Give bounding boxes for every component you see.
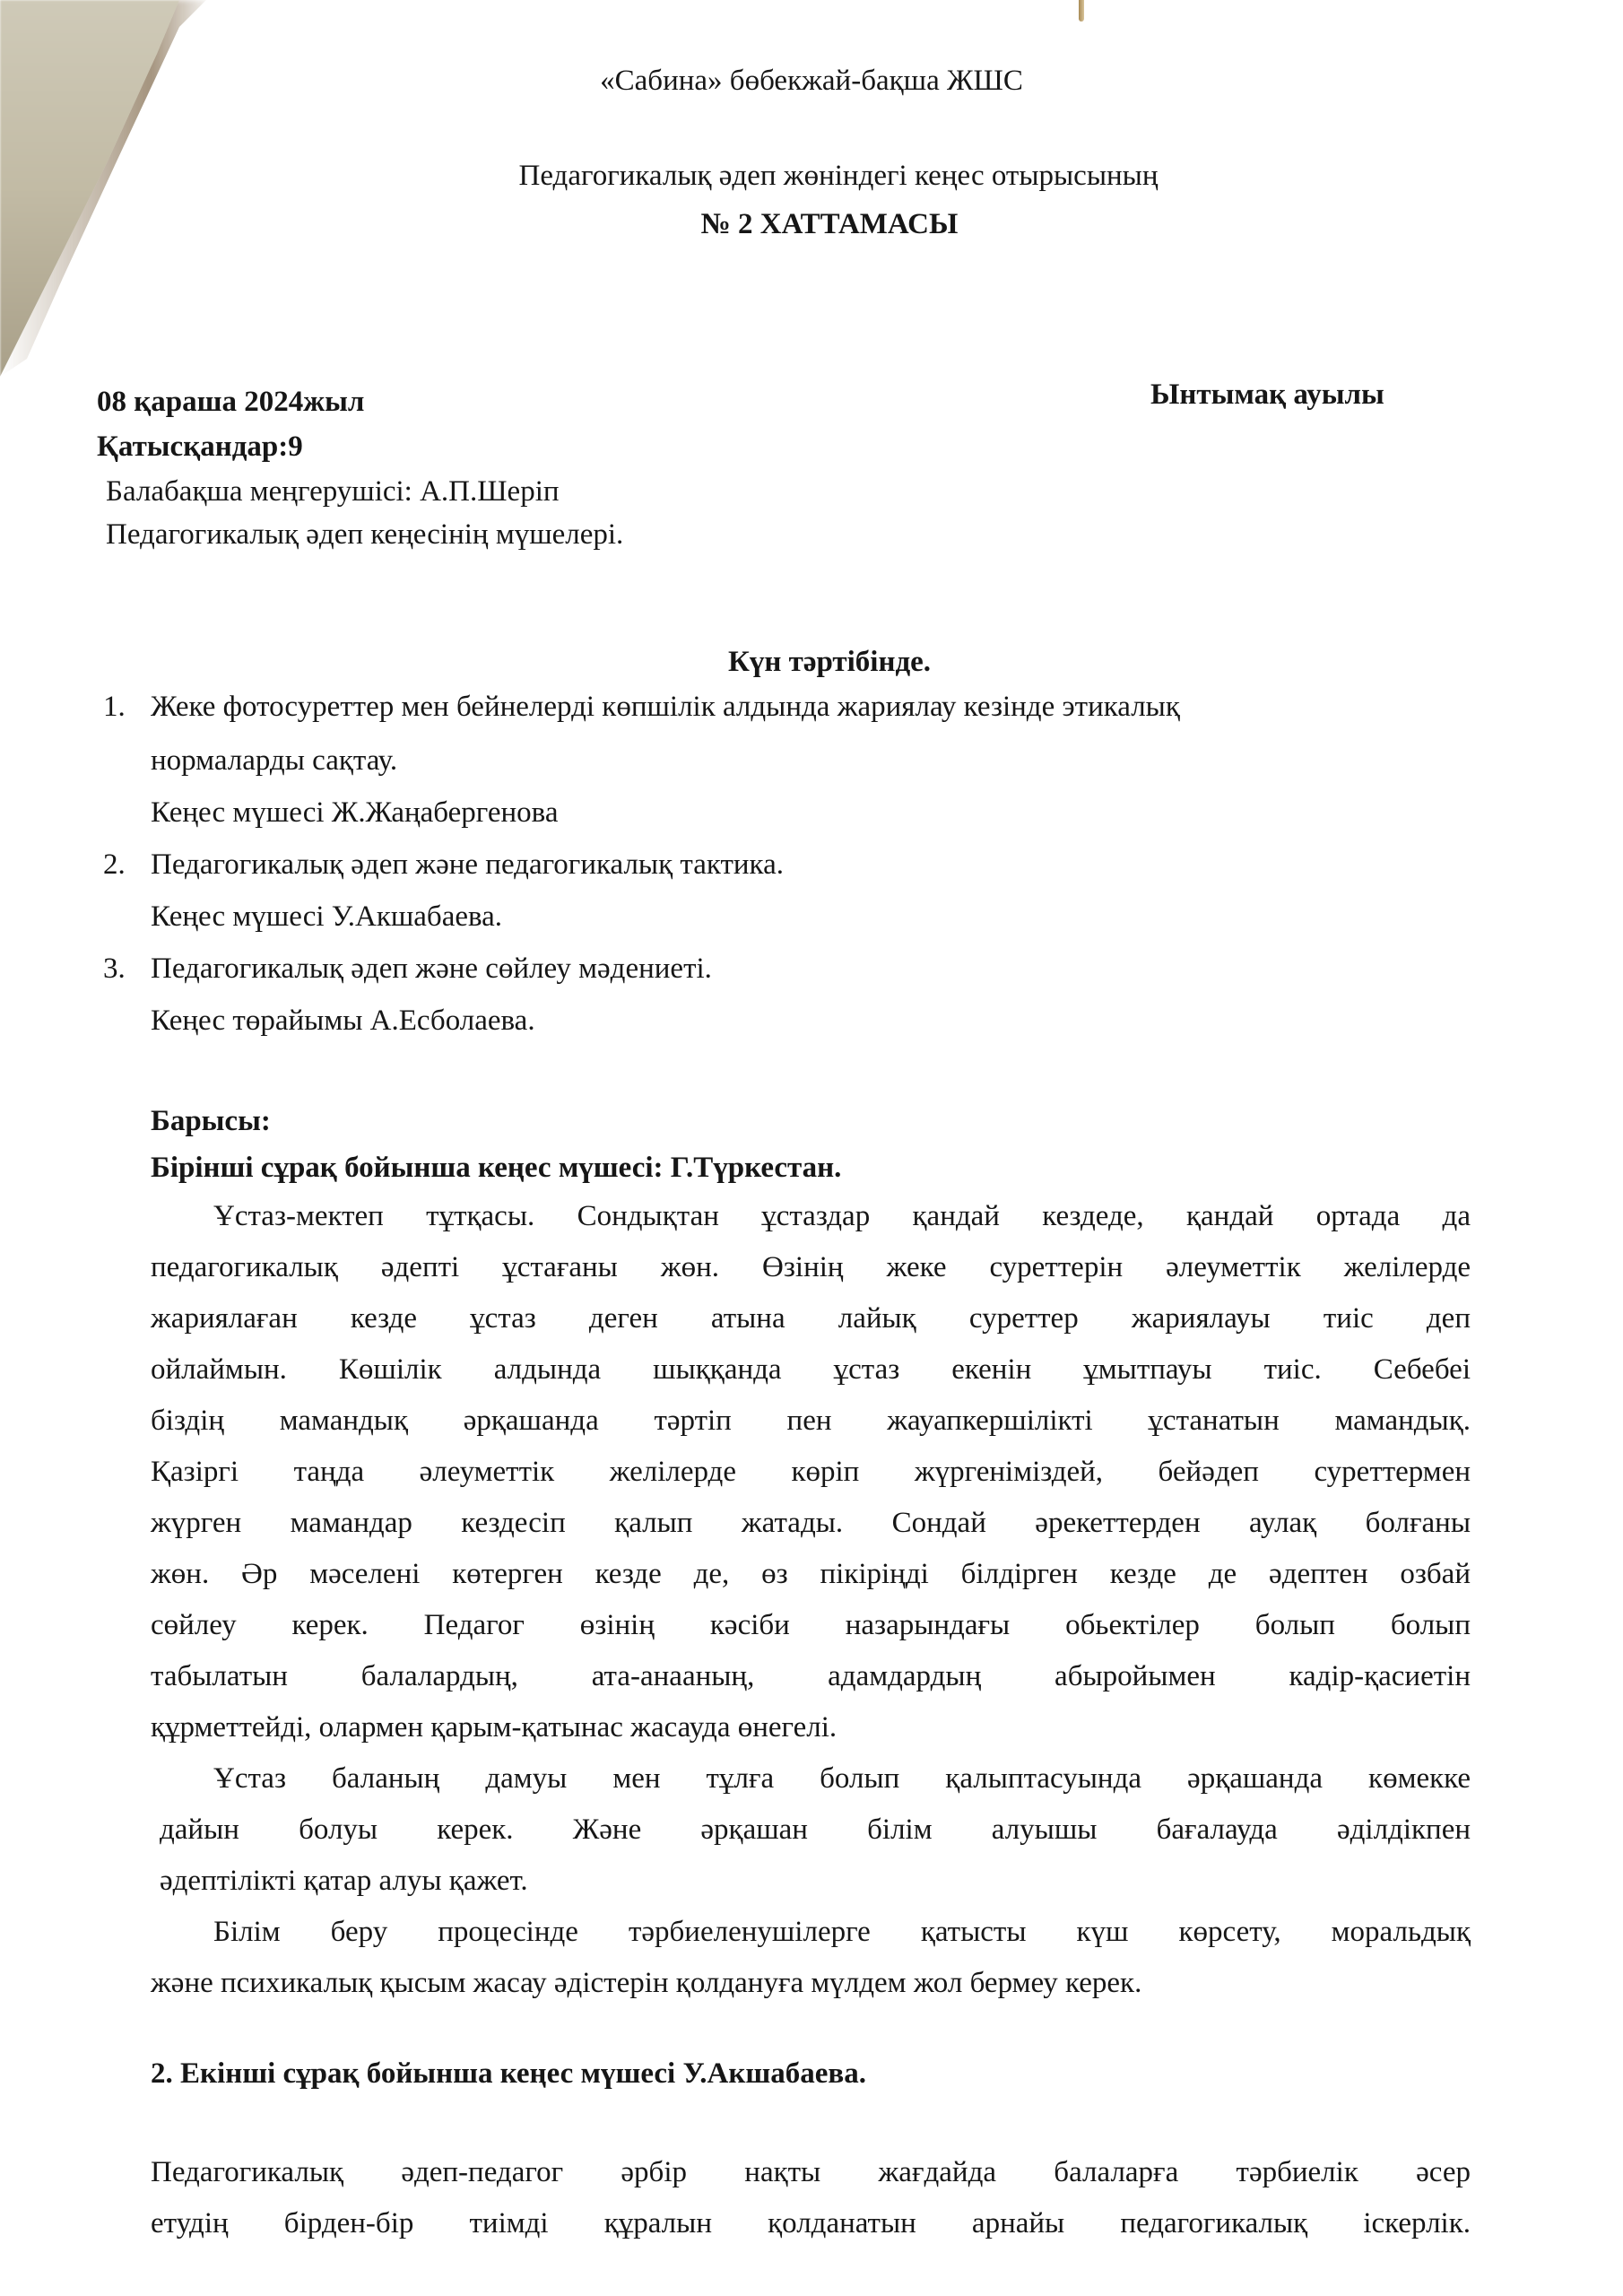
- proceedings-heading: Барысы:: [151, 1103, 271, 1139]
- council-members: Педагогикалық әдеп кеңесінің мүшелері.: [106, 517, 623, 552]
- paragraph-line: сөйлеу керек. Педагог өзінің кәсіби наза…: [151, 1607, 1471, 1643]
- document-subtitle: Педагогикалық әдеп жөніндегі кеңес отыры…: [27, 158, 1623, 194]
- meeting-location: Ынтымақ ауылы: [1150, 377, 1384, 413]
- participants-count: Қатысқандар:9: [97, 429, 303, 465]
- agenda-item-speaker: Кеңес мүшесі Ж.Жаңабергенова: [151, 795, 558, 831]
- agenda-item-text: Жеке фотосуреттер мен бейнелерді көпшілі…: [151, 689, 1180, 725]
- question-2-heading: 2. Екінші сұрақ бойынша кеңес мүшесі У.А…: [151, 2056, 866, 2092]
- paragraph-line: құрметтейді, олармен қарым-қатынас жасау…: [151, 1709, 837, 1745]
- agenda-item-number: 1.: [103, 689, 126, 725]
- paragraph-line: Ұстаз-мектеп тұтқасы. Сондықтан ұстаздар…: [213, 1198, 1471, 1234]
- paragraph-line: Педагогикалық әдеп-педагог әрбір нақты ж…: [151, 2154, 1471, 2190]
- paragraph-line: етудің бірден-бір тиімді құралын қолдана…: [151, 2205, 1471, 2241]
- meeting-date: 08 қараша 2024жыл: [97, 384, 364, 420]
- paragraph-line: Қазіргі таңда әлеуметтік желілерде көріп…: [151, 1454, 1471, 1490]
- paragraph-line: Білім беру процесінде тәрбиеленушілерге …: [213, 1914, 1471, 1950]
- paragraph-line: педагогикалық әдепті ұстағаны жөн. Өзіні…: [151, 1249, 1471, 1285]
- document-title: № 2 ХАТТАМАСЫ: [18, 206, 1623, 242]
- agenda-item-number: 2.: [103, 847, 126, 883]
- paragraph-line: Ұстаз баланың дамуы мен тұлға болып қалы…: [213, 1761, 1471, 1796]
- paragraph-line: табылатын балалардың, ата-анааның, адамд…: [151, 1658, 1471, 1694]
- staple-mark: [1079, 0, 1084, 22]
- paragraph-line: ойлаймын. Көшілік алдында шыққанда ұстаз…: [151, 1352, 1471, 1387]
- organization-name: «Сабина» бөбекжай-бақша ЖШС: [0, 63, 1623, 99]
- agenda-item-text: нормаларды сақтау.: [151, 743, 397, 778]
- agenda-item-speaker: Кеңес төрайымы А.Есболаева.: [151, 1003, 535, 1039]
- question-1-heading: Бірінші сұрақ бойынша кеңес мүшесі: Г.Тү…: [151, 1150, 841, 1186]
- agenda-item-speaker: Кеңес мүшесі У.Акшабаева.: [151, 899, 502, 935]
- paragraph-line: дайын болуы керек. Және әрқашан білім ал…: [160, 1812, 1471, 1848]
- paragraph-line: жүрген мамандар кездесіп қалып жатады. С…: [151, 1505, 1471, 1541]
- kindergarten-head: Балабақша меңгерушісі: А.П.Шеріп: [106, 474, 560, 509]
- paragraph-line: жариялаған кезде ұстаз деген атына лайық…: [151, 1300, 1471, 1336]
- agenda-item-text: Педагогикалық әдеп және сөйлеу мәдениеті…: [151, 951, 712, 987]
- paragraph-line: және психикалық қысым жасау әдістерін қо…: [151, 1965, 1141, 2001]
- agenda-heading: Күн тәртібінде.: [18, 644, 1623, 680]
- paragraph-line: біздің мамандық әрқашанда тәртіп пен жау…: [151, 1403, 1471, 1439]
- agenda-item-text: Педагогикалық әдеп және педагогикалық та…: [151, 847, 784, 883]
- paragraph-line: жөн. Әр мәселені көтерген кезде де, өз п…: [151, 1556, 1471, 1592]
- paragraph-line: әдептілікті қатар алуы қажет.: [160, 1863, 528, 1899]
- agenda-item-number: 3.: [103, 951, 126, 987]
